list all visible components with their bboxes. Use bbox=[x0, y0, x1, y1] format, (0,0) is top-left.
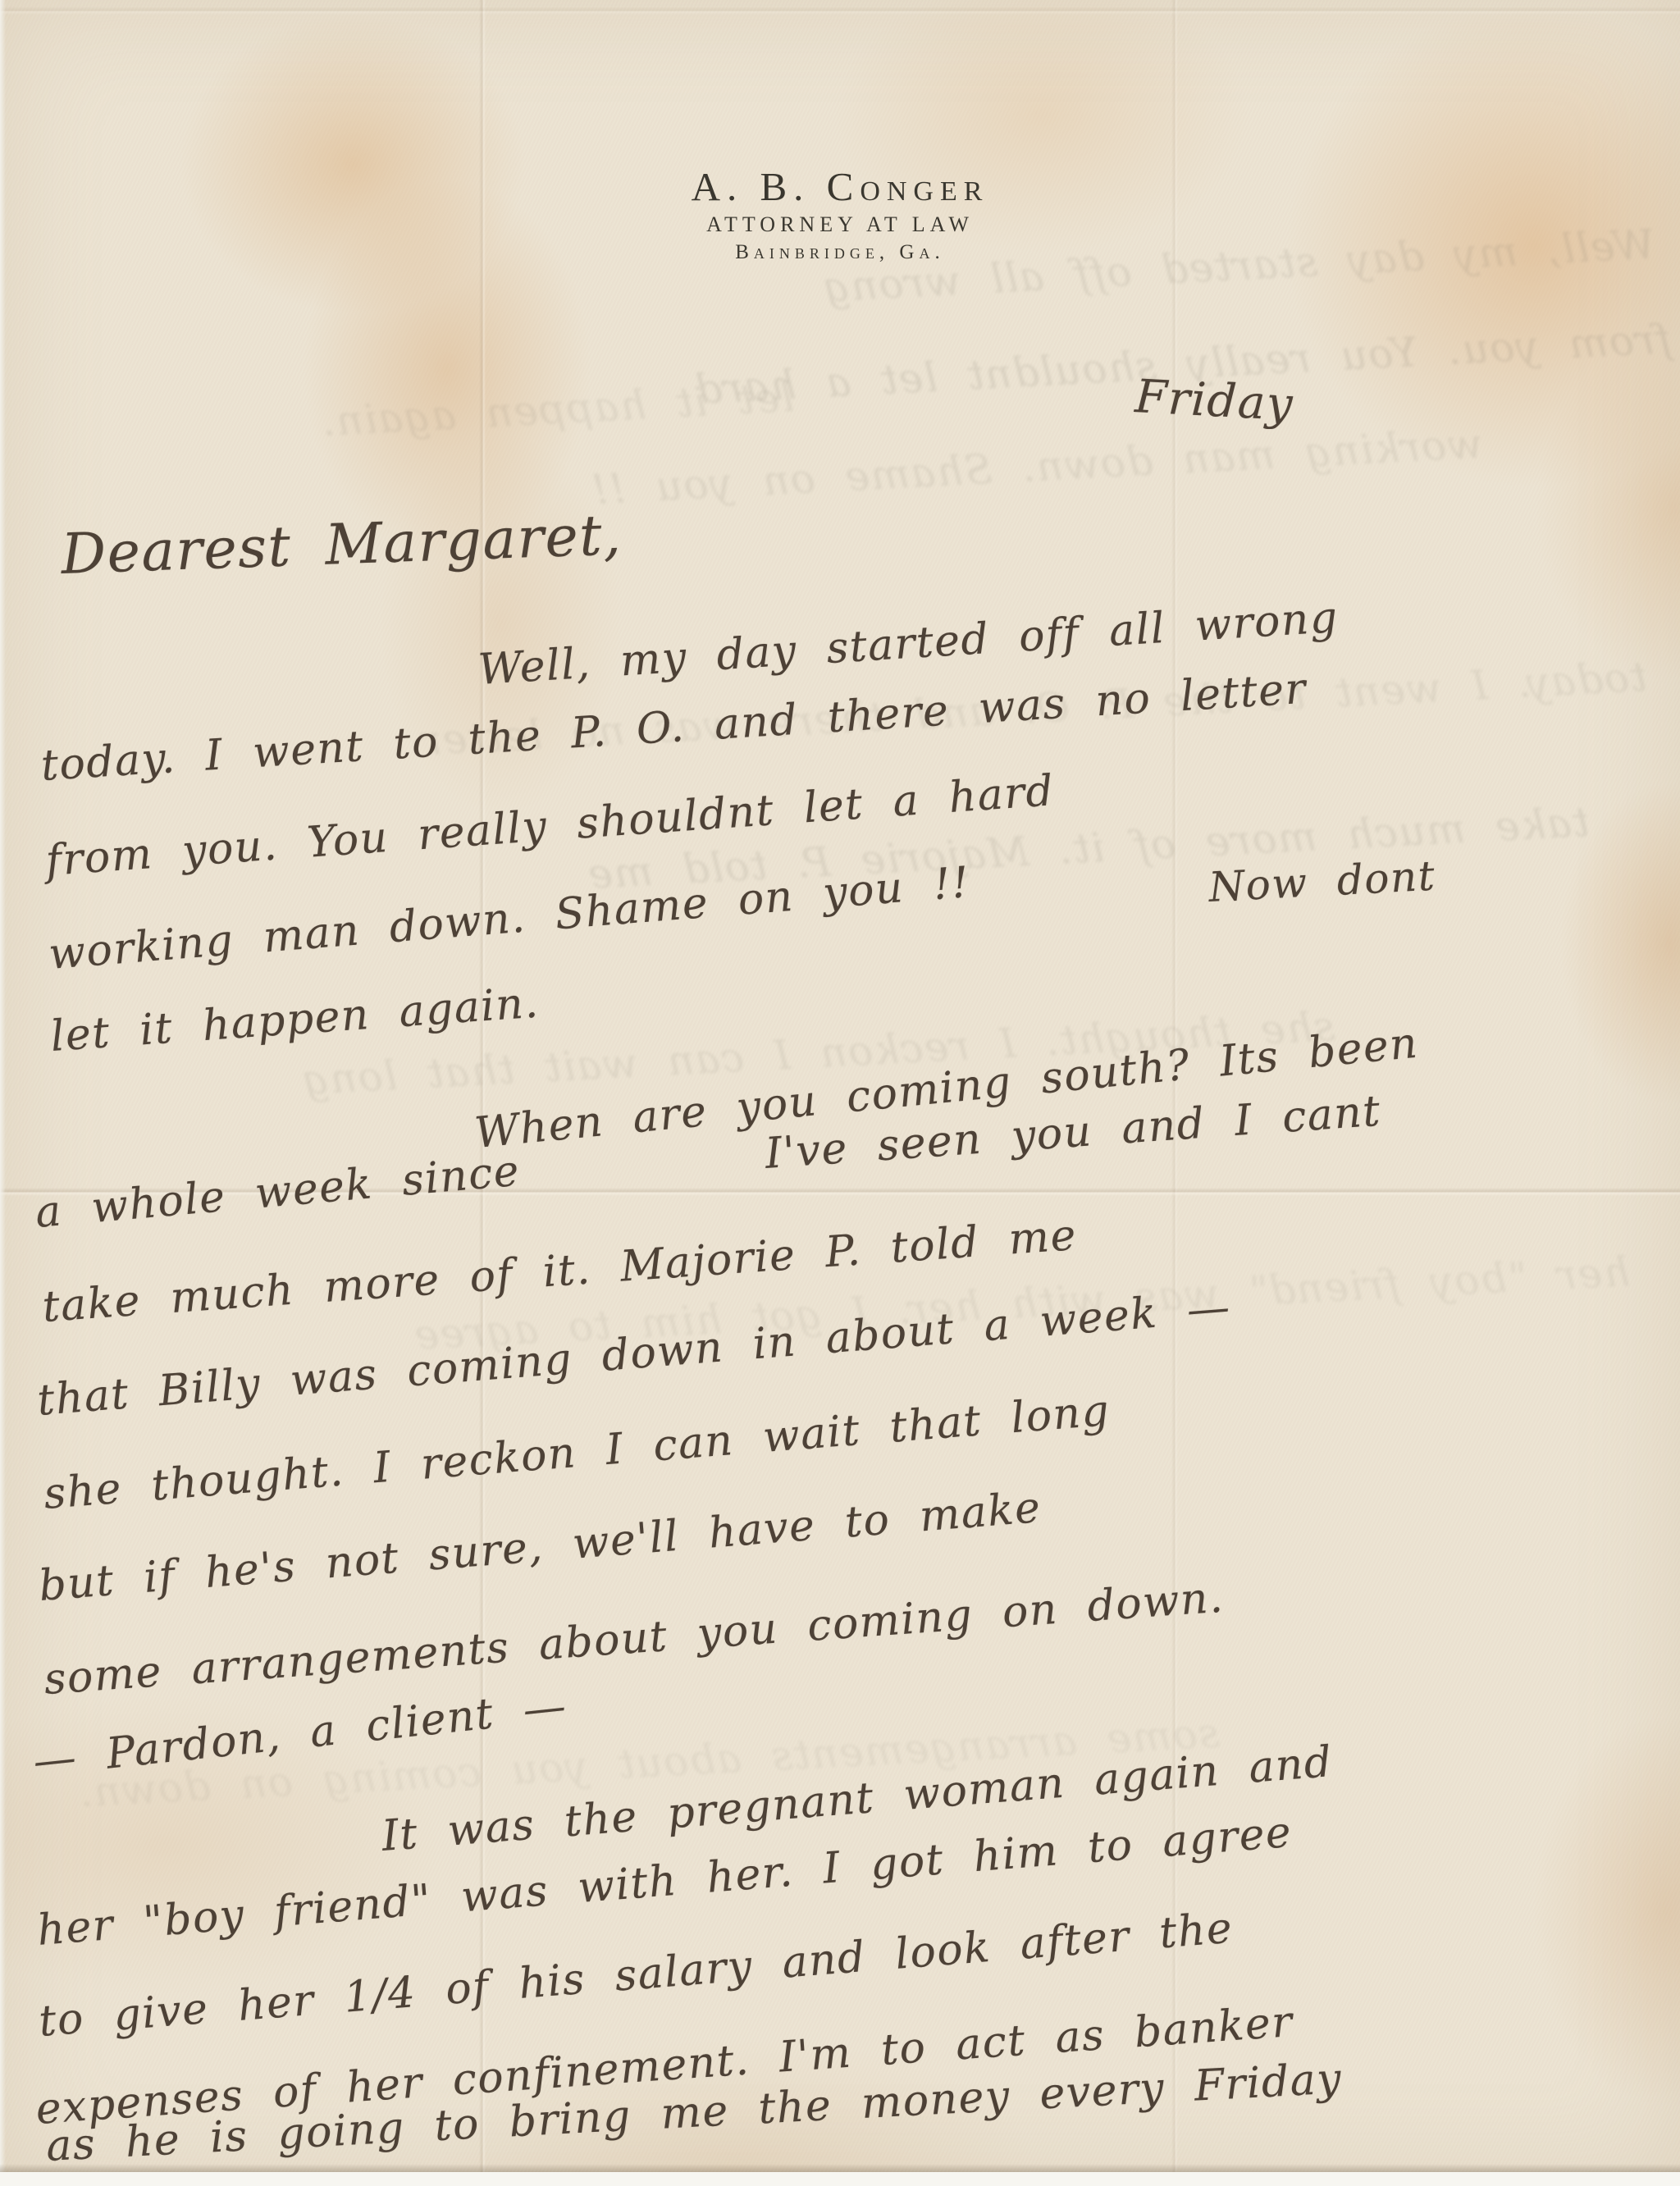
letterhead-title: ATTORNEY AT LAW bbox=[0, 214, 1680, 235]
scanned-letter-page: Well, my day started off all wrong from … bbox=[0, 0, 1680, 2186]
letterhead: A. B. Conger ATTORNEY AT LAW Bainbridge,… bbox=[0, 167, 1680, 262]
handwritten-line: today. I went to the P. O. and there was… bbox=[39, 665, 1308, 792]
handwritten-line: Now dont bbox=[1207, 853, 1437, 912]
letterhead-name: A. B. Conger bbox=[0, 167, 1680, 207]
paper-edge-shadow bbox=[0, 2164, 1680, 2172]
bleed-through-line: let it happen again. bbox=[320, 373, 795, 445]
letterhead-city: Bainbridge, Ga. bbox=[0, 242, 1680, 262]
letter-date: Friday bbox=[1134, 371, 1295, 431]
scanner-edge-bottom bbox=[0, 2172, 1680, 2186]
letter-salutation: Dearest Margaret, bbox=[60, 504, 623, 587]
scanner-edge-left bbox=[0, 0, 6, 2186]
handwritten-line: a whole week since bbox=[34, 1148, 523, 1239]
fold-crease-top-edge bbox=[0, 7, 1680, 15]
bleed-through-line: working man down. Shame on you !! bbox=[589, 420, 1483, 514]
